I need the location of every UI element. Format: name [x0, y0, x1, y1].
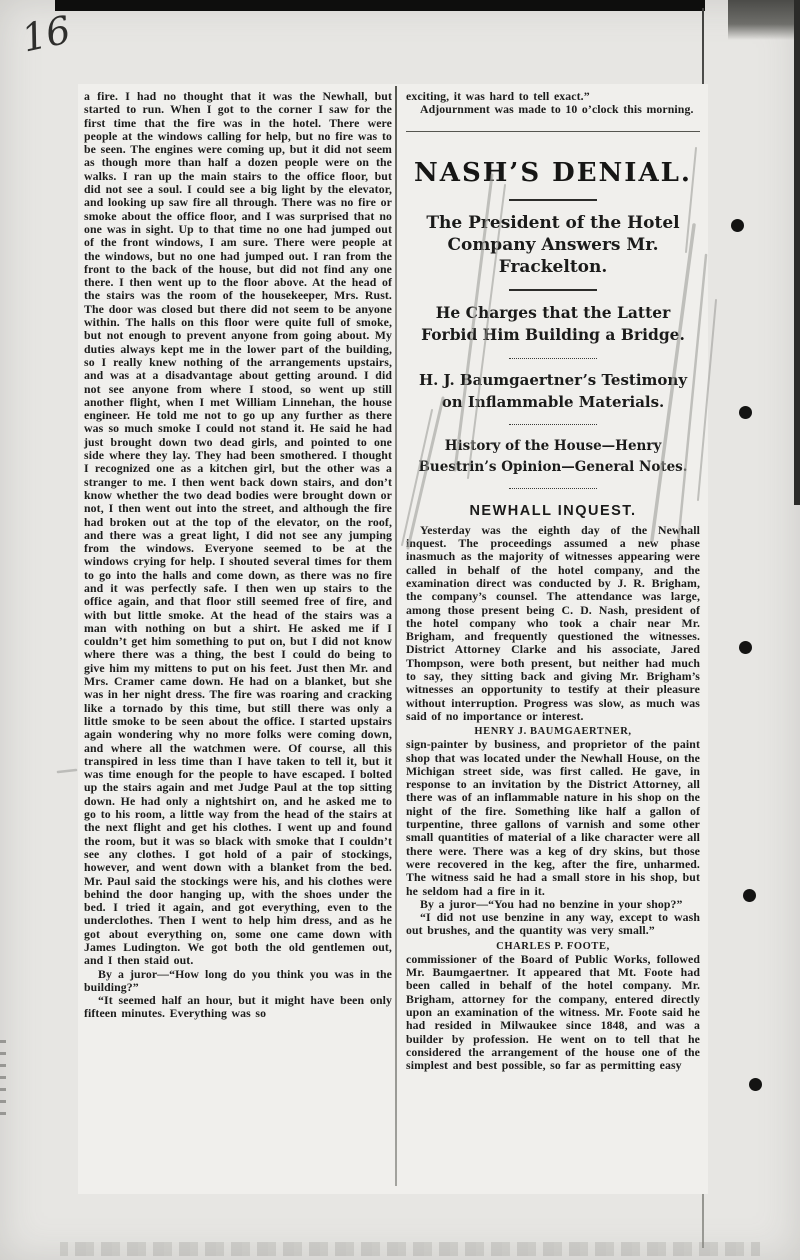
- scanned-newspaper-page: 16 a fire. I had no thought that it was …: [0, 0, 800, 1260]
- subhead-testimony: H. J. Baumgaertner’s Testimony on Inflam…: [406, 370, 700, 414]
- subhead-rule: [509, 358, 597, 359]
- continuation-paragraph: exciting, it was hard to tell exact.”: [406, 90, 700, 103]
- headline-rule: [509, 199, 597, 201]
- section-heading-newhall-inquest: NEWHALL INQUEST.: [406, 503, 700, 519]
- benzine-answer-paragraph: “I did not use benzine in any way, excep…: [406, 911, 700, 938]
- article-headline: NASH’S DENIAL.: [406, 158, 700, 188]
- testimony-paragraph: a fire. I had no thought that it was the…: [84, 90, 392, 968]
- witness-name-baumgaertner: HENRY J. BAUMGAERTNER,: [406, 726, 700, 737]
- scan-edge-top-bar: [55, 0, 705, 11]
- handwritten-page-number: 16: [18, 7, 74, 60]
- subhead-rule: [509, 289, 597, 291]
- ink-dot: [739, 406, 752, 419]
- article-divider-rule: [406, 131, 700, 132]
- inquest-summary-paragraph: Yesterday was the eighth day of the Newh…: [406, 524, 700, 723]
- newspaper-clipping: a fire. I had no thought that it was the…: [78, 84, 708, 1194]
- ink-dot: [731, 219, 744, 232]
- ink-dot: [743, 889, 756, 902]
- right-column: exciting, it was hard to tell exact.” Ad…: [406, 90, 700, 1072]
- scan-edge-corner: [728, 0, 800, 40]
- subhead-charges: He Charges that the Latter Forbid Him Bu…: [406, 302, 700, 347]
- witness-name-foote: CHARLES P. FOOTE,: [406, 941, 700, 952]
- ink-dot: [739, 641, 752, 654]
- baumgaertner-testimony-paragraph: sign-painter by business, and proprietor…: [406, 738, 700, 898]
- column-divider-rule: [395, 86, 397, 1186]
- foote-testimony-paragraph: commissioner of the Board of Public Work…: [406, 953, 700, 1073]
- scan-edge-right: [794, 0, 800, 505]
- left-column: a fire. I had no thought that it was the…: [84, 90, 392, 1021]
- juror-benzine-question: By a juror—“You had no benzine in your s…: [406, 898, 700, 911]
- scan-margin-marks: [0, 1040, 6, 1120]
- subhead-rule: [509, 488, 597, 489]
- adjournment-paragraph: Adjournment was made to 10 o’clock this …: [406, 103, 700, 116]
- subhead-president: The President of the Hotel Company Answe…: [406, 212, 700, 278]
- juror-question-paragraph: By a juror—“How long do you think you wa…: [84, 968, 392, 995]
- subhead-rule: [509, 424, 597, 425]
- subhead-history: History of the House—Henry Buestrin’s Op…: [406, 436, 700, 477]
- scan-bottom-smudge: [60, 1242, 760, 1256]
- witness-answer-paragraph: “It seemed half an hour, but it might ha…: [84, 994, 392, 1021]
- ink-dot: [749, 1078, 762, 1091]
